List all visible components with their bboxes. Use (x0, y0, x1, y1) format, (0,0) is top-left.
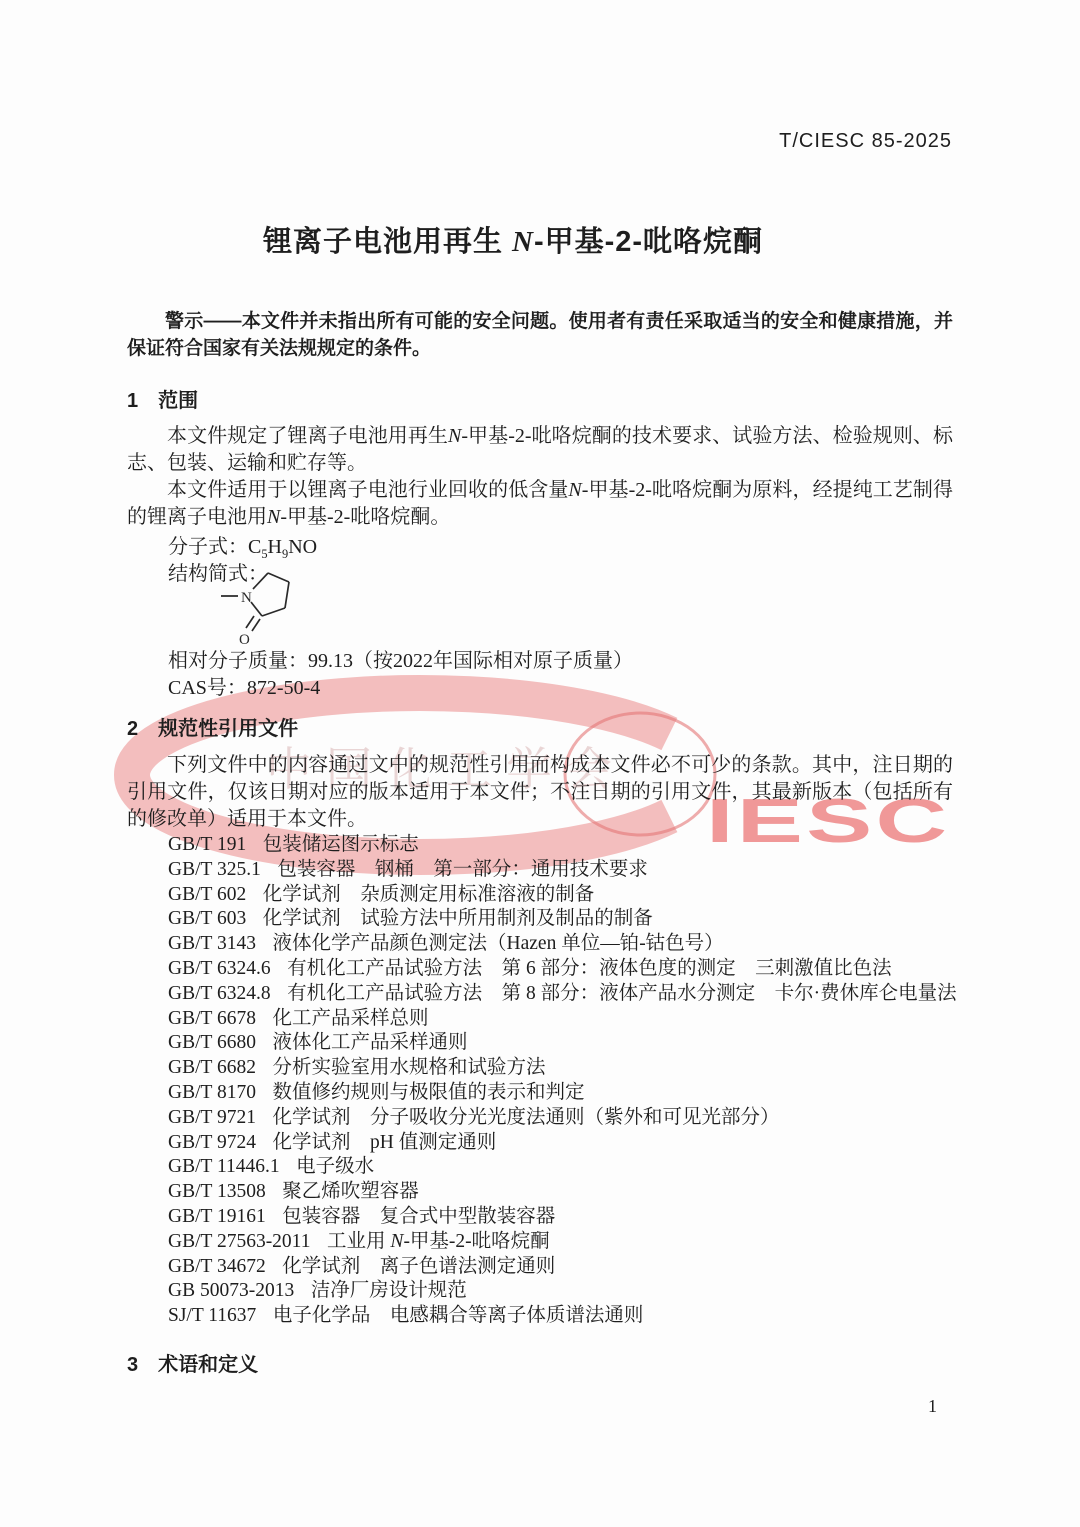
nitrogen-atom-label: N (241, 590, 252, 606)
reference-title: 工业用 N-甲基-2-吡咯烷酮 (327, 1231, 550, 1252)
reference-code: GB/T 6324.6 (168, 958, 271, 979)
section-3-heading: 3术语和定义 (127, 1348, 258, 1377)
references-list: GB/T 191包装储运图示标志 GB/T 325.1包装容器 钢桶 第一部分：… (168, 833, 968, 1329)
section-3-label: 术语和定义 (158, 1354, 258, 1376)
reference-code: GB/T 8170 (168, 1082, 256, 1103)
reference-title: 电子级水 (296, 1156, 374, 1177)
document-title: 锂离子电池用再生 N-甲基-2-吡咯烷酮 (0, 219, 1026, 260)
reference-code: GB/T 19161 (168, 1206, 266, 1227)
reference-item: GB/T 6324.8有机化工产品试验方法 第 8 部分：液体产品水分测定 卡尔… (168, 982, 968, 1007)
reference-title: 化学试剂 分子吸收分光光度法通则（紫外和可见光部分） (273, 1107, 780, 1128)
reference-title: 电子化学品 电感耦合等离子体质谱法通则 (273, 1305, 644, 1326)
reference-item: GB/T 34672化学试剂 离子色谱法测定通则 (168, 1255, 968, 1280)
reference-code: GB/T 34672 (168, 1256, 266, 1277)
reference-title: 液体化工产品采样通则 (273, 1032, 468, 1053)
reference-code: GB/T 9724 (168, 1132, 256, 1153)
ring-bond-carbonyl-n (251, 602, 262, 616)
reference-item: GB/T 603化学试剂 试验方法中所用制剂及制品的制备 (168, 907, 968, 932)
molar-mass-line: 相对分子质量：99.13（按2022年国际相对原子质量） (168, 644, 633, 673)
reference-item: GB 50073-2013洁净厂房设计规范 (168, 1279, 968, 1304)
reference-title: 液体化学产品颜色测定法（Hazen 单位—铂-钴色号） (273, 933, 724, 954)
ring-bond-right-carbonyl (262, 608, 285, 616)
reference-title: 聚乙烯吹塑容器 (282, 1181, 419, 1202)
reference-item: GB/T 6678化工产品采样总则 (168, 1007, 968, 1032)
reference-title: 包装容器 钢桶 第一部分：通用技术要求 (277, 859, 648, 880)
section-1-number: 1 (127, 390, 138, 413)
reference-item: GB/T 8170数值修约规则与极限值的表示和判定 (168, 1081, 968, 1106)
reference-item: GB/T 27563-2011工业用 N-甲基-2-吡咯烷酮 (168, 1230, 968, 1255)
reference-code: GB/T 603 (168, 908, 246, 929)
scope-paragraph-2: 本文件适用于以锂离子电池行业回收的低含量N-甲基-2-吡咯烷酮为原料，经提纯工艺… (127, 477, 953, 531)
reference-code: GB/T 602 (168, 884, 246, 905)
reference-item: GB/T 6324.6有机化工产品试验方法 第 6 部分：液体色度的测定 三刺激… (168, 957, 968, 982)
page-number: 1 (928, 1396, 937, 1417)
reference-item: GB/T 9721化学试剂 分子吸收分光光度法通则（紫外和可见光部分） (168, 1106, 968, 1131)
reference-code: SJ/T 11637 (168, 1305, 256, 1326)
reference-item: GB/T 191包装储运图示标志 (168, 833, 968, 858)
ring-bond-top-right (268, 573, 289, 582)
reference-item: GB/T 9724化学试剂 pH 值测定通则 (168, 1131, 968, 1156)
reference-title: 有机化工产品试验方法 第 8 部分：液体产品水分测定 卡尔·费休库仑电量法 (287, 983, 957, 1004)
section-1-label: 范围 (158, 390, 198, 412)
reference-code: GB/T 6680 (168, 1032, 256, 1053)
reference-item: GB/T 6680液体化工产品采样通则 (168, 1031, 968, 1056)
reference-code: GB/T 6324.8 (168, 983, 271, 1004)
reference-code: GB/T 6678 (168, 1008, 256, 1029)
section-2-number: 2 (127, 718, 138, 741)
reference-item: GB/T 325.1包装容器 钢桶 第一部分：通用技术要求 (168, 858, 968, 883)
section-1-heading: 1范围 (127, 384, 198, 413)
reference-item: GB/T 3143液体化学产品颜色测定法（Hazen 单位—铂-钴色号） (168, 932, 968, 957)
reference-item: GB/T 13508聚乙烯吹塑容器 (168, 1180, 968, 1205)
standard-document-page: { "document": { "standard_number": "T/CI… (0, 0, 1080, 1527)
reference-title: 洁净厂房设计规范 (311, 1280, 467, 1301)
reference-code: GB/T 9721 (168, 1107, 256, 1128)
section-2-label: 规范性引用文件 (158, 718, 298, 740)
reference-code: GB/T 27563-2011 (168, 1231, 310, 1252)
reference-code: GB 50073-2013 (168, 1280, 294, 1301)
carbonyl-double-bond-2 (246, 616, 254, 628)
reference-code: GB/T 13508 (168, 1181, 266, 1202)
molecular-formula-line: 分子式：C5H9NO (168, 530, 317, 559)
reference-title: 数值修约规则与极限值的表示和判定 (273, 1082, 585, 1103)
ring-bond-n-top (253, 573, 268, 589)
cas-number-line: CAS号：872-50-4 (168, 671, 320, 700)
reference-title: 化学试剂 试验方法中所用制剂及制品的制备 (263, 908, 653, 929)
reference-title: 分析实验室用水规格和试验方法 (273, 1057, 546, 1078)
reference-title: 化学试剂 pH 值测定通则 (273, 1132, 497, 1153)
chemical-structure-nmp: N O (214, 566, 308, 646)
references-intro: 下列文件中的内容通过文中的规范性引用而构成本文件必不可少的条款。其中，注日期的引… (127, 752, 953, 833)
reference-item: GB/T 11446.1电子级水 (168, 1155, 968, 1180)
reference-title: 包装储运图示标志 (263, 834, 419, 855)
warning-statement: 警示——本文件并未指出所有可能的安全问题。使用者有责任采取适当的安全和健康措施，… (127, 308, 953, 362)
reference-code: GB/T 11446.1 (168, 1156, 280, 1177)
reference-item: GB/T 19161包装容器 复合式中型散装容器 (168, 1205, 968, 1230)
standard-number: T/CIESC 85-2025 (779, 130, 952, 153)
reference-code: GB/T 191 (168, 834, 246, 855)
reference-item: GB/T 602化学试剂 杂质测定用标准溶液的制备 (168, 883, 968, 908)
carbonyl-double-bond-1 (252, 619, 260, 631)
reference-item: SJ/T 11637电子化学品 电感耦合等离子体质谱法通则 (168, 1304, 968, 1329)
reference-item: GB/T 6682分析实验室用水规格和试验方法 (168, 1056, 968, 1081)
reference-title: 化学试剂 离子色谱法测定通则 (282, 1256, 555, 1277)
section-2-heading: 2规范性引用文件 (127, 712, 298, 741)
reference-title: 化工产品采样总则 (273, 1008, 429, 1029)
reference-title: 化学试剂 杂质测定用标准溶液的制备 (263, 884, 595, 905)
reference-code: GB/T 325.1 (168, 859, 261, 880)
scope-paragraph-1: 本文件规定了锂离子电池用再生N-甲基-2-吡咯烷酮的技术要求、试验方法、检验规则… (127, 423, 953, 477)
reference-title: 包装容器 复合式中型散装容器 (282, 1206, 555, 1227)
reference-title: 有机化工产品试验方法 第 6 部分：液体色度的测定 三刺激值比色法 (287, 958, 892, 979)
reference-code: GB/T 6682 (168, 1057, 256, 1078)
section-3-number: 3 (127, 1354, 138, 1377)
ring-bond-right (285, 582, 289, 608)
reference-code: GB/T 3143 (168, 933, 256, 954)
